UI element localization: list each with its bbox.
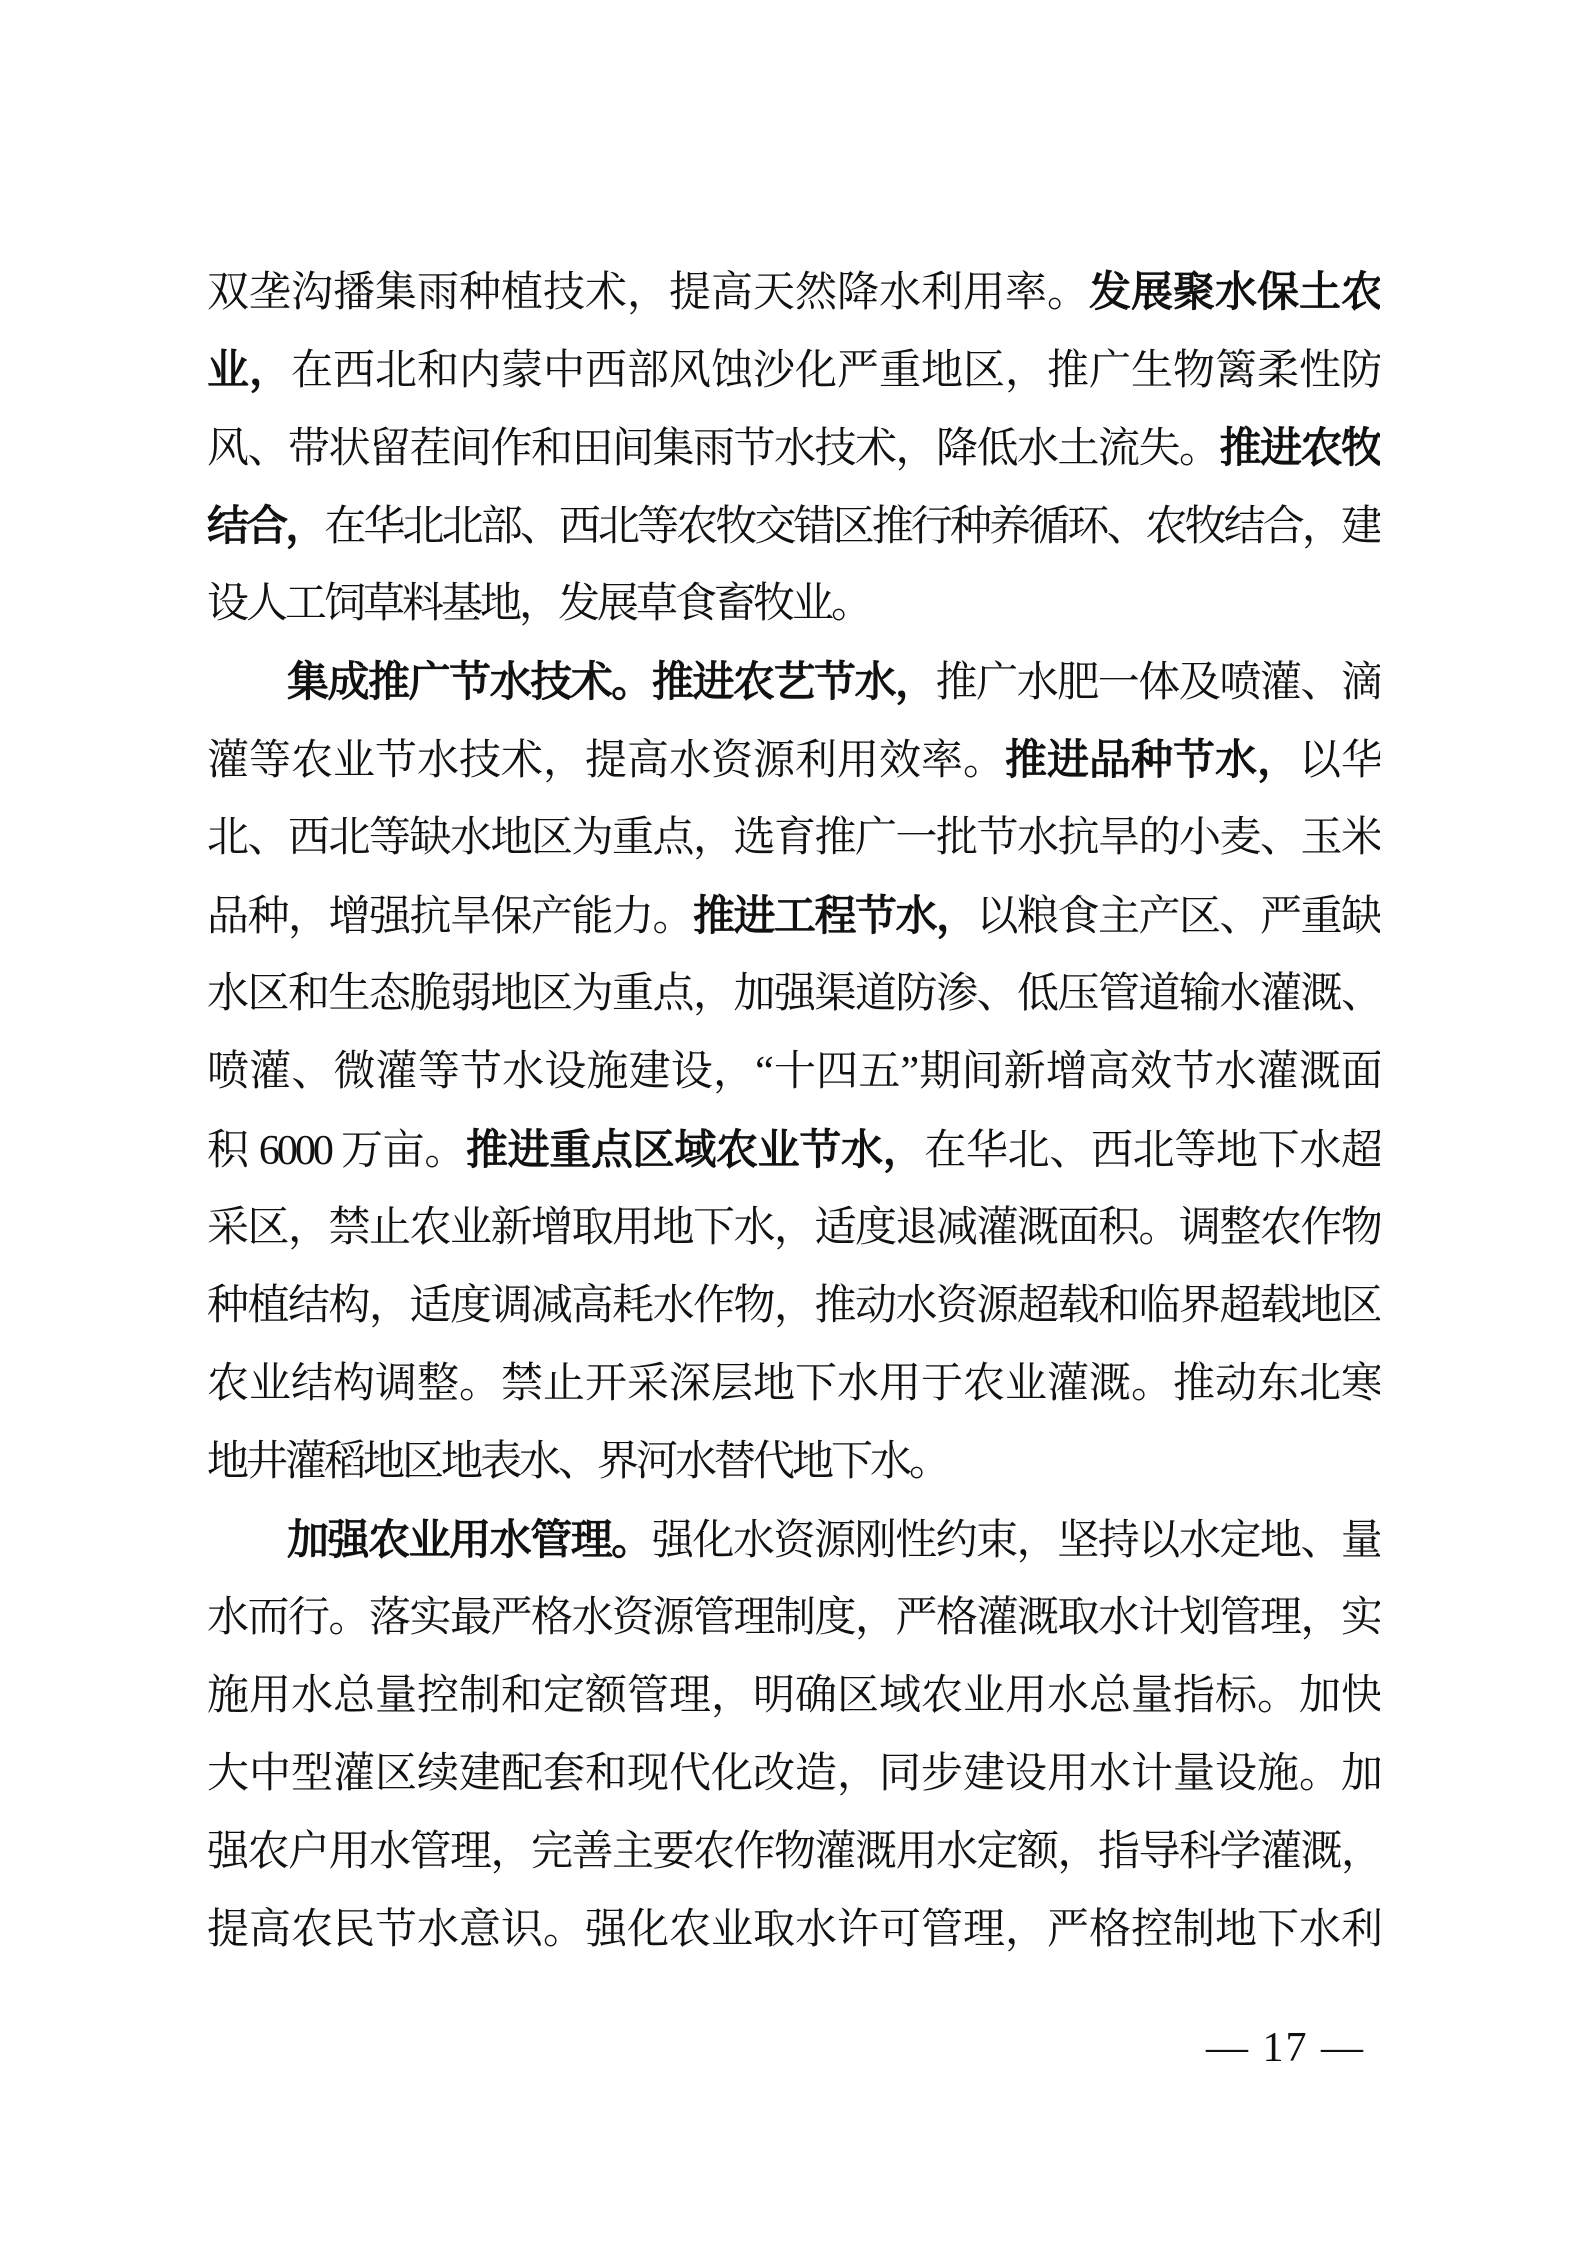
page-number: — 17 — <box>1206 2018 1365 2078</box>
body-text: 地井灌稻地区地表水、界河水替代地下水。 <box>207 1439 948 1485</box>
text-line: 结合，在华北北部、西北等农牧交错区推行种养循环、农牧结合，建 <box>207 487 1380 565</box>
body-text: 推广水肥一体及喷灌、滴 <box>936 660 1380 706</box>
text-line: 业，在西北和内蒙中西部风蚀沙化严重地区，推广生物篱柔性防 <box>207 331 1380 409</box>
text-line: 喷灌、微灌等节水设施建设，“十四五”期间新增高效节水灌溉面 <box>207 1033 1380 1111</box>
body-text: 施用水总量控制和定额管理，明确区域农业用水总量指标。加快 <box>207 1673 1380 1719</box>
text-line: 水区和生态脆弱地区为重点，加强渠道防渗、低压管道输水灌溉、 <box>207 955 1380 1033</box>
body-text: 采区，禁止农业新增取用地下水，适度退减灌溉面积。调整农作物 <box>207 1205 1380 1251</box>
text-line: 种植结构，适度调减高耗水作物，推动水资源超载和临界超载地区 <box>207 1267 1380 1345</box>
body-text: 强化水资源刚性约束，坚持以水定地、量 <box>652 1518 1380 1564</box>
body-text: 风、带状留茬间作和田间集雨节水技术，降低水土流失。 <box>207 426 1219 472</box>
body-text: 品种，增强抗旱保产能力。 <box>207 894 693 940</box>
body-text: 以粮食主产区、严重缺 <box>976 894 1380 940</box>
body-text: 在西北和内蒙中西部风蚀沙化严重地区，推广生物篱柔性防 <box>291 348 1380 394</box>
emphasis-text: 推进农牧 <box>1219 424 1380 471</box>
body-text: 种植结构，适度调减高耗水作物，推动水资源超载和临界超载地区 <box>207 1283 1380 1329</box>
text-line: 设人工饲草料基地，发展草食畜牧业。 <box>207 565 1380 643</box>
emphasis-text: 业， <box>207 346 291 393</box>
body-text: 强农户用水管理，完善主要农作物灌溉用水定额，指导科学灌溉， <box>207 1829 1380 1875</box>
text-line: 灌等农业节水技术，提高水资源利用效率。推进品种节水，以华 <box>207 721 1380 799</box>
text-line: 地井灌稻地区地表水、界河水替代地下水。 <box>207 1423 1380 1501</box>
text-line: 双垄沟播集雨种植技术，提高天然降水利用率。发展聚水保土农 <box>207 253 1380 331</box>
text-line: 农业结构调整。禁止开采深层地下水用于农业灌溉。推动东北寒 <box>207 1345 1380 1423</box>
emphasis-text: 推进工程节水， <box>693 892 977 939</box>
text-line: 水而行。落实最严格水资源管理制度，严格灌溉取水计划管理，实 <box>207 1579 1380 1657</box>
document-page: 双垄沟播集雨种植技术，提高天然降水利用率。发展聚水保土农业，在西北和内蒙中西部风… <box>0 0 1587 2245</box>
emphasis-text: 推进重点区域农业节水， <box>466 1126 924 1173</box>
body-text: 在华北、西北等地下水超 <box>924 1128 1380 1174</box>
text-line: 强农户用水管理，完善主要农作物灌溉用水定额，指导科学灌溉， <box>207 1813 1380 1891</box>
emphasis-text: 发展聚水保土农 <box>1089 268 1380 315</box>
body-text: 灌等农业节水技术，提高水资源利用效率。 <box>207 738 1005 784</box>
text-line: 北、西北等缺水地区为重点，选育推广一批节水抗旱的小麦、玉米 <box>207 799 1380 877</box>
body-text: 设人工饲草料基地，发展草食畜牧业。 <box>207 581 870 627</box>
emphasis-text: 结合， <box>207 502 324 549</box>
body-text: 水区和生态脆弱地区为重点，加强渠道防渗、低压管道输水灌溉、 <box>207 971 1380 1017</box>
body-text: 双垄沟播集雨种植技术，提高天然降水利用率。 <box>207 270 1089 316</box>
text-line: 采区，禁止农业新增取用地下水，适度退减灌溉面积。调整农作物 <box>207 1189 1380 1267</box>
body-text: 在华北北部、西北等农牧交错区推行种养循环、农牧结合，建 <box>324 504 1380 550</box>
text-line: 风、带状留茬间作和田间集雨节水技术，降低水土流失。推进农牧 <box>207 409 1380 487</box>
body-text: 水而行。落实最严格水资源管理制度，严格灌溉取水计划管理，实 <box>207 1595 1380 1641</box>
text-line: 大中型灌区续建配套和现代化改造，同步建设用水计量设施。加 <box>207 1735 1380 1813</box>
emphasis-text: 推进品种节水， <box>1005 736 1299 783</box>
text-line: 施用水总量控制和定额管理，明确区域农业用水总量指标。加快 <box>207 1657 1380 1735</box>
body-text: 农业结构调整。禁止开采深层地下水用于农业灌溉。推动东北寒 <box>207 1361 1380 1407</box>
text-line: 积 6000 万亩。推进重点区域农业节水，在华北、西北等地下水超 <box>207 1111 1380 1189</box>
text-line: 加强农业用水管理。强化水资源刚性约束，坚持以水定地、量 <box>207 1501 1380 1579</box>
body-text: 以华 <box>1299 738 1380 784</box>
body-text: 喷灌、微灌等节水设施建设，“十四五”期间新增高效节水灌溉面 <box>207 1049 1380 1095</box>
body-text: 大中型灌区续建配套和现代化改造，同步建设用水计量设施。加 <box>207 1751 1380 1797</box>
text-line: 提高农民节水意识。强化农业取水许可管理，严格控制地下水利 <box>207 1891 1380 1969</box>
document-body: 双垄沟播集雨种植技术，提高天然降水利用率。发展聚水保土农业，在西北和内蒙中西部风… <box>207 253 1380 1969</box>
text-line: 集成推广节水技术。推进农艺节水，推广水肥一体及喷灌、滴 <box>207 643 1380 721</box>
body-text: 积 6000 万亩。 <box>207 1128 466 1174</box>
body-text: 提高农民节水意识。强化农业取水许可管理，严格控制地下水利 <box>207 1907 1380 1953</box>
emphasis-text: 集成推广节水技术。推进农艺节水， <box>287 658 936 705</box>
body-text: 北、西北等缺水地区为重点，选育推广一批节水抗旱的小麦、玉米 <box>207 815 1380 861</box>
emphasis-text: 加强农业用水管理。 <box>287 1516 652 1563</box>
text-line: 品种，增强抗旱保产能力。推进工程节水，以粮食主产区、严重缺 <box>207 877 1380 955</box>
